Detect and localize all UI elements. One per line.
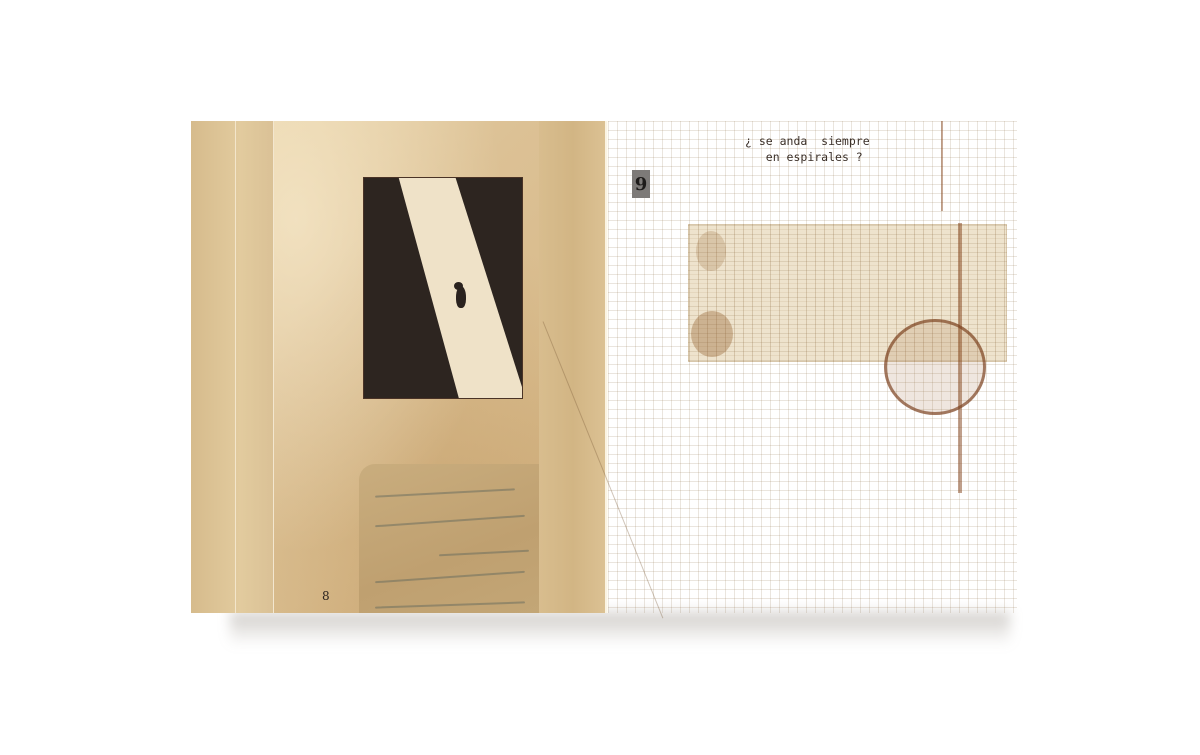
page-number-right: 9 [635,174,648,195]
page-number-left: 8 [322,589,330,603]
page-number-right-badge: 9 [632,170,650,198]
book-spine-area [539,121,607,613]
stain-blob [696,231,726,271]
handwriting-line [439,550,529,557]
coffee-ring-stain [884,319,986,415]
stain-drip [941,121,943,211]
book-shadow [230,612,1010,646]
bird-icon [456,286,466,308]
handwriting-line [375,488,515,497]
handwritten-note-card [359,464,541,613]
left-paper-strip [191,121,274,613]
bird-etching [363,177,523,399]
stain-blob [691,311,733,357]
typed-line-2: en espirales ? [766,150,863,164]
strip-fold-line [235,121,236,613]
handwriting-line [375,515,525,527]
open-book: 8 9 [191,121,1017,613]
etching-light-band [364,178,522,398]
left-page: 8 [191,121,541,613]
typed-question: ¿ se anda siempre en espirales ? [745,133,870,165]
handwriting-line [375,601,525,608]
typed-line-1: ¿ se anda siempre [745,134,870,148]
handwriting-line [375,571,525,583]
